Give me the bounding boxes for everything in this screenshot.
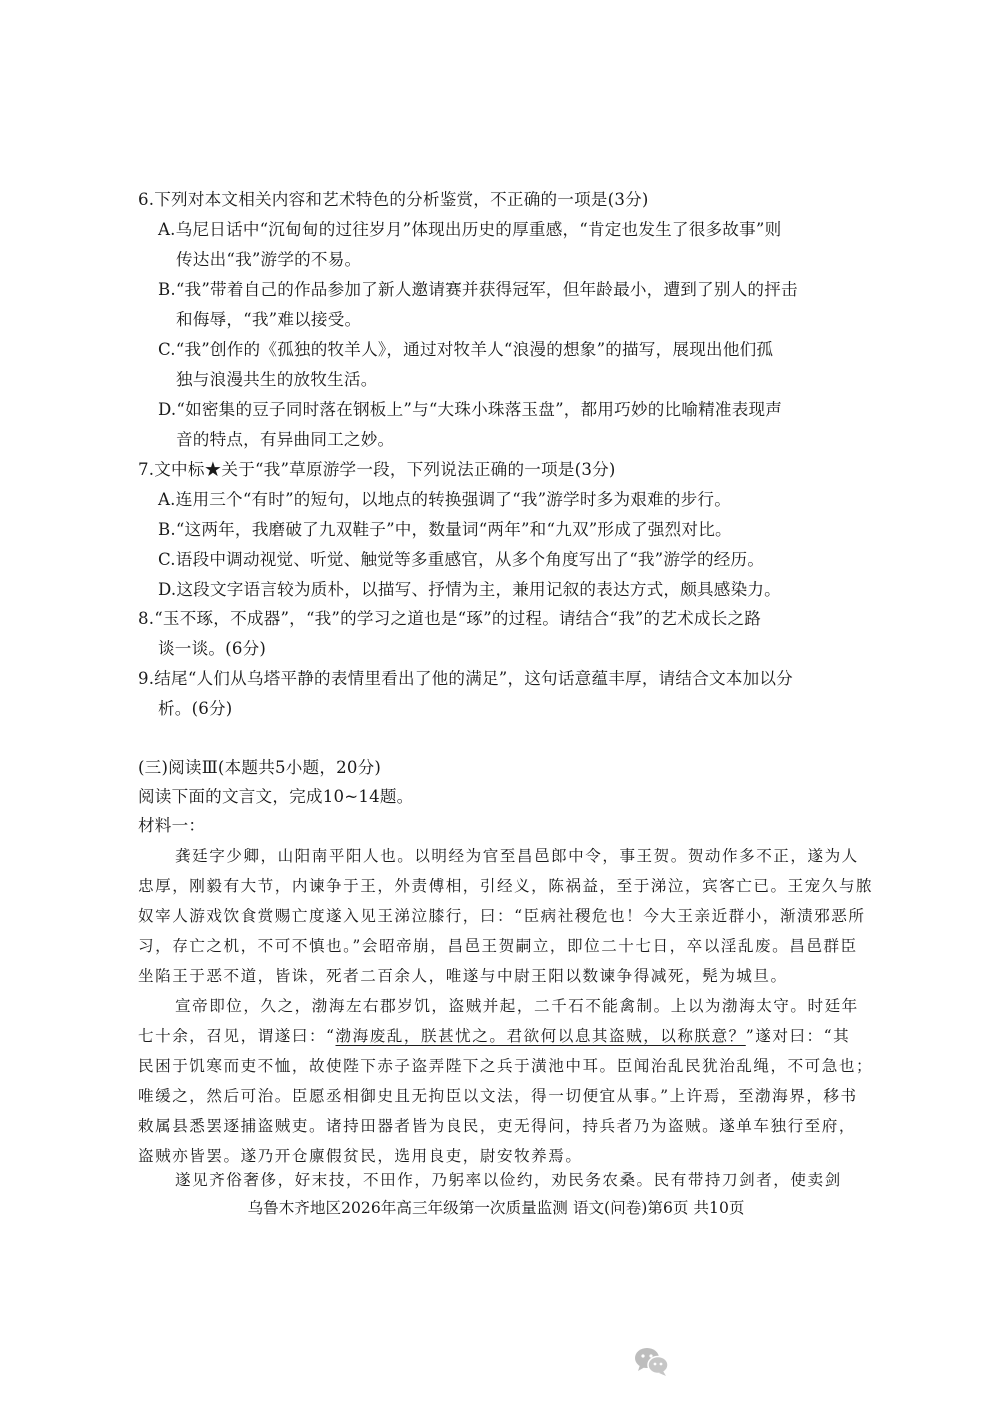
question-7-option-a: A.连用三个“有时”的短句，以地点的转换强调了“我”游学时多为艰难的步行。 — [158, 490, 731, 510]
question-6-option-a: A.乌尼日话中“沉甸甸的过往岁月”体现出历史的厚重感，“肯定也发生了很多故事”则 — [158, 220, 781, 240]
question-6-option-c-cont: 独与浪漫共生的放牧生活。 — [176, 370, 378, 390]
passage-p2-line-4: 唯缓之，然后可治。臣愿丞相御史且无拘臣以文法，得一切便宜从事。”上许焉，至渤海界… — [138, 1086, 858, 1106]
exam-page: 6.下列对本文相关内容和艺术特色的分析鉴赏，不正确的一项是(3分) A.乌尼日话… — [0, 0, 992, 1403]
question-6-option-a-cont: 传达出“我”游学的不易。 — [176, 250, 361, 270]
question-9-line-2: 析。(6分) — [158, 699, 233, 719]
passage-p2-line-1: 宣帝即位，久之，渤海左右郡岁饥，盗贼并起，二千石不能禽制。上以为渤海太守。时廷年 — [175, 996, 859, 1016]
passage-p1-line-5: 坐陷王于恶不道，皆诛，死者二百余人，唯遂与中尉王阳以数谏争得减死，髡为城旦。 — [138, 966, 788, 986]
question-6-option-c: C.“我”创作的《孤独的牧羊人》，通过对牧羊人“浪漫的想象”的描写，展现出他们孤 — [158, 340, 773, 360]
question-6-stem: 6.下列对本文相关内容和艺术特色的分析鉴赏，不正确的一项是(3分) — [138, 190, 649, 210]
question-6-option-d: D.“如密集的豆子同时落在钢板上”与“大珠小珠落玉盘”，都用巧妙的比喻精准表现声 — [158, 400, 782, 420]
passage-p1-line-4: 习，存亡之机，不可不慎也。”会昭帝崩，昌邑王贺嗣立，即位二十七日，卒以淫乱废。昌… — [138, 936, 858, 956]
passage-p2-line-2: 七十余，召见，谓遂曰：“渤海废乱，朕甚忧之。君欲何以息其盗贼，以称朕意？”遂对曰… — [138, 1026, 850, 1046]
passage-p1-line-1: 龚廷字少卿，山阳南平阳人也。以明经为官至昌邑郎中令，事王贺。贺动作多不正，遂为人 — [175, 846, 859, 866]
question-7-option-c: C.语段中调动视觉、听觉、触觉等多重感官，从多个角度写出了“我”游学的经历。 — [158, 550, 764, 570]
question-6-option-b: B.“我”带着自己的作品参加了新人邀请赛并获得冠军，但年龄最小，遭到了别人的抨击 — [158, 280, 798, 300]
section-3-instruction: 阅读下面的文言文，完成10~14题。 — [138, 787, 413, 807]
question-7-option-b: B.“这两年，我磨破了九双鞋子”中，数量词“两年”和“九双”形成了强烈对比。 — [158, 520, 732, 540]
material-one-label: 材料一： — [138, 816, 205, 836]
passage-p2-line-5: 敕属县悉罢逐捕盗贼吏。诸持田器者皆为良民，吏无得问，持兵者乃为盗贼。遂单车独行至… — [138, 1116, 856, 1136]
passage-p2-line-3: 民困于饥寒而吏不恤，故使陛下赤子盗弄陛下之兵于潢池中耳。臣闻治乱民犹治乱绳，不可… — [138, 1056, 873, 1076]
question-6-option-b-cont: 和侮辱，“我”难以接受。 — [176, 310, 361, 330]
passage-p1-line-3: 奴宰人游戏饮食赏赐亡度遂入见王涕泣膝行，曰：“臣病社稷危也！今大王亲近群小，渐渍… — [138, 906, 865, 926]
wechat-logo-icon — [632, 1345, 672, 1377]
question-8-line-2: 谈一谈。(6分) — [158, 639, 266, 659]
question-7-option-d: D.这段文字语言较为质朴，以描写、抒情为主，兼用记叙的表达方式，颇具感染力。 — [158, 580, 781, 600]
page-footer: 乌鲁木齐地区2026年高三年级第一次质量监测 语文(问卷)第6页 共10页 — [0, 1196, 992, 1218]
passage-p2-line-2-pre: 七十余，召见，谓遂曰：“ — [138, 1027, 336, 1045]
passage-p3-line-1: 遂见齐俗奢侈，好末技，不田作，乃躬率以俭约，劝民务农桑。民有带持刀剑者，使卖剑 — [175, 1170, 842, 1190]
question-7-stem: 7.文中标★关于“我”草原游学一段，下列说法正确的一项是(3分) — [138, 460, 616, 480]
question-9-line-1: 9.结尾“人们从乌塔平静的表情里看出了他的满足”，这句话意蕴丰厚，请结合文本加以… — [138, 669, 793, 689]
passage-p2-line-2-post: ”遂对曰：“其 — [746, 1027, 850, 1045]
section-3-heading: (三)阅读Ⅲ(本题共5小题，20分) — [138, 758, 381, 778]
question-8-line-1: 8.“玉不琢，不成器”，“我”的学习之道也是“琢”的过程。请结合“我”的艺术成长… — [138, 609, 761, 629]
underlined-sentence: 渤海废乱，朕甚忧之。君欲何以息其盗贼，以称朕意？ — [336, 1027, 746, 1045]
question-6-option-d-cont: 音的特点，有异曲同工之妙。 — [176, 430, 394, 450]
passage-p1-line-2: 忠厚，刚毅有大节，内谏争于王，外责傅相，引经义，陈祸益，至于涕泣，宾客亡已。王宠… — [138, 876, 873, 896]
passage-p2-line-6: 盗贼亦皆罢。遂乃开仓廪假贫民，选用良吏，尉安牧养焉。 — [138, 1146, 582, 1166]
